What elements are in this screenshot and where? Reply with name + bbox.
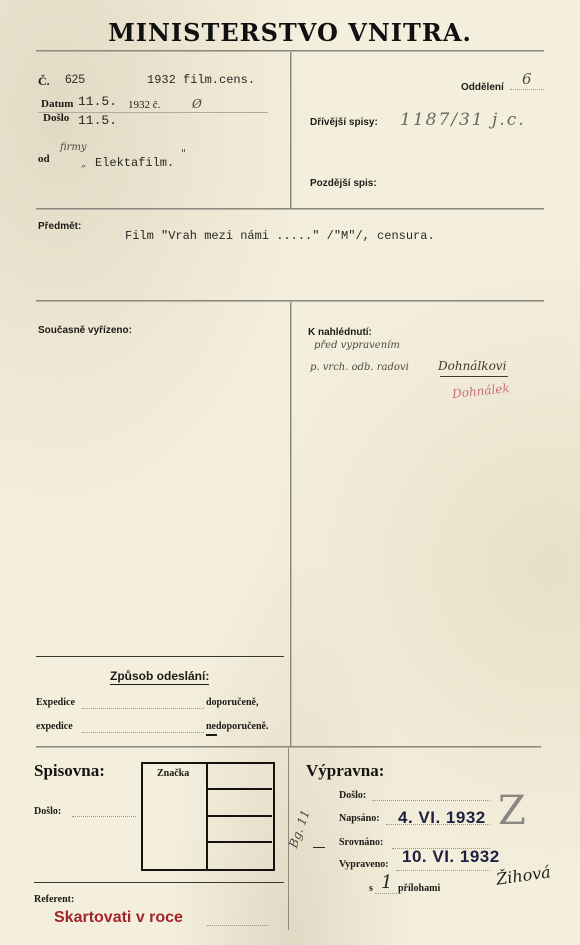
signature-z: Z <box>498 788 526 834</box>
middle-column-divider <box>290 302 292 747</box>
prilohami-label: přílohami <box>398 883 440 894</box>
number-label: Č. <box>38 74 50 88</box>
referent-divider <box>34 882 284 883</box>
doslo-value: 11.5. <box>78 113 117 128</box>
nedoporucene-underline <box>206 734 217 736</box>
nahlednuti-name-underline <box>440 376 508 377</box>
od-quote-close: " <box>181 147 186 160</box>
skartovati-label: Skartovati v roce <box>54 909 183 927</box>
oddeleni-line <box>510 89 544 90</box>
datum-label: Datum <box>41 98 73 110</box>
dispatch-top-divider <box>36 656 284 657</box>
upper-column-divider <box>290 52 292 210</box>
oddeleni-value: 6 <box>522 70 532 88</box>
datum-value: 11.5. <box>78 94 117 109</box>
dispatch-heading: Způsob odeslání: <box>110 669 209 685</box>
nahlednuti-label: K nahlédnutí: <box>308 327 372 338</box>
skartovati-line <box>207 925 269 926</box>
napsano-label: Napsáno: <box>339 813 380 824</box>
spisovna-doslo-label: Došlo: <box>34 806 61 817</box>
vypravna-heading: Výpravna: <box>306 761 384 781</box>
year-value: 1932 č. <box>128 99 160 111</box>
vypravna-doslo-line <box>372 800 490 801</box>
znacka-box-row3[interactable] <box>207 841 272 843</box>
year-reference: 1932 film.cens. <box>147 73 255 87</box>
vypraveno-line <box>396 870 490 871</box>
napsano-stamp: 4. VI. 1932 <box>398 808 486 828</box>
nahlednuti-signature: Dohnálek <box>451 381 510 401</box>
drivejsi-label: Dřívější spisy: <box>310 117 378 128</box>
number-value: 625 <box>65 72 85 86</box>
subject-label: Předmět: <box>38 221 81 232</box>
vypravna-doslo-label: Došlo: <box>339 790 366 801</box>
od-handwritten: firmy <box>60 142 87 153</box>
nahlednuti-line1: před vypravením <box>314 340 400 351</box>
s-label: s <box>369 883 373 894</box>
signature-name: Žihová <box>495 862 552 888</box>
margin-initials: Bg. 11 <box>286 808 313 850</box>
prilohy-line <box>375 893 397 894</box>
dispatch-row1-value[interactable]: doporučeně, <box>206 697 259 708</box>
prilohy-value: 1 <box>381 872 392 893</box>
srovnano-label: Srovnáno: <box>339 837 383 848</box>
page-title: MINISTERSTVO VNITRA. <box>0 18 580 47</box>
referent-label: Referent: <box>34 894 74 905</box>
od-quote-open: „ <box>81 158 86 169</box>
soucasne-label: Současně vyřízeno: <box>38 325 132 336</box>
znacka-box-row2[interactable] <box>207 815 272 817</box>
srovnano-stamp: 10. VI. 1932 <box>402 847 500 867</box>
dispatch-row2-value[interactable]: nedoporučeně. <box>206 721 269 732</box>
subject-top-divider <box>36 208 544 210</box>
subject-value: Film "Vrah mezi námi ....." /"M"/, censu… <box>125 229 435 243</box>
znacka-label: Značka <box>157 768 189 779</box>
dispatch-row2-label: expedice <box>36 721 73 732</box>
dispatch-row1-label: Expedice <box>36 697 75 708</box>
registry-number: Č. 625 <box>38 72 50 90</box>
od-value: Elektafilm. <box>95 156 174 170</box>
dispatch-row2-line <box>82 732 204 733</box>
dispatch-row1-line <box>82 708 204 709</box>
slashed-zero: Ø <box>192 97 202 111</box>
margin-dash <box>313 847 325 848</box>
spisovna-doslo-line <box>72 816 136 817</box>
drivejsi-value: 1187/31 j.c. <box>400 110 526 130</box>
doslo-label: Došlo <box>43 112 69 124</box>
nahlednuti-name: Dohnálkovi <box>438 359 506 373</box>
znacka-box-row1[interactable] <box>207 788 272 790</box>
document-page: MINISTERSTVO VNITRA. Č. 625 1932 film.ce… <box>0 0 580 945</box>
od-label: od <box>38 153 50 165</box>
vypraveno-label: Vypraveno: <box>339 859 389 870</box>
nahlednuti-line2: p. vrch. odb. radovi <box>310 362 409 373</box>
oddeleni-label: Oddělení <box>461 82 504 93</box>
datum-doslo-divider <box>38 112 268 113</box>
pozdejsi-label: Pozdější spis: <box>310 178 377 189</box>
spisovna-heading: Spisovna: <box>34 761 105 781</box>
